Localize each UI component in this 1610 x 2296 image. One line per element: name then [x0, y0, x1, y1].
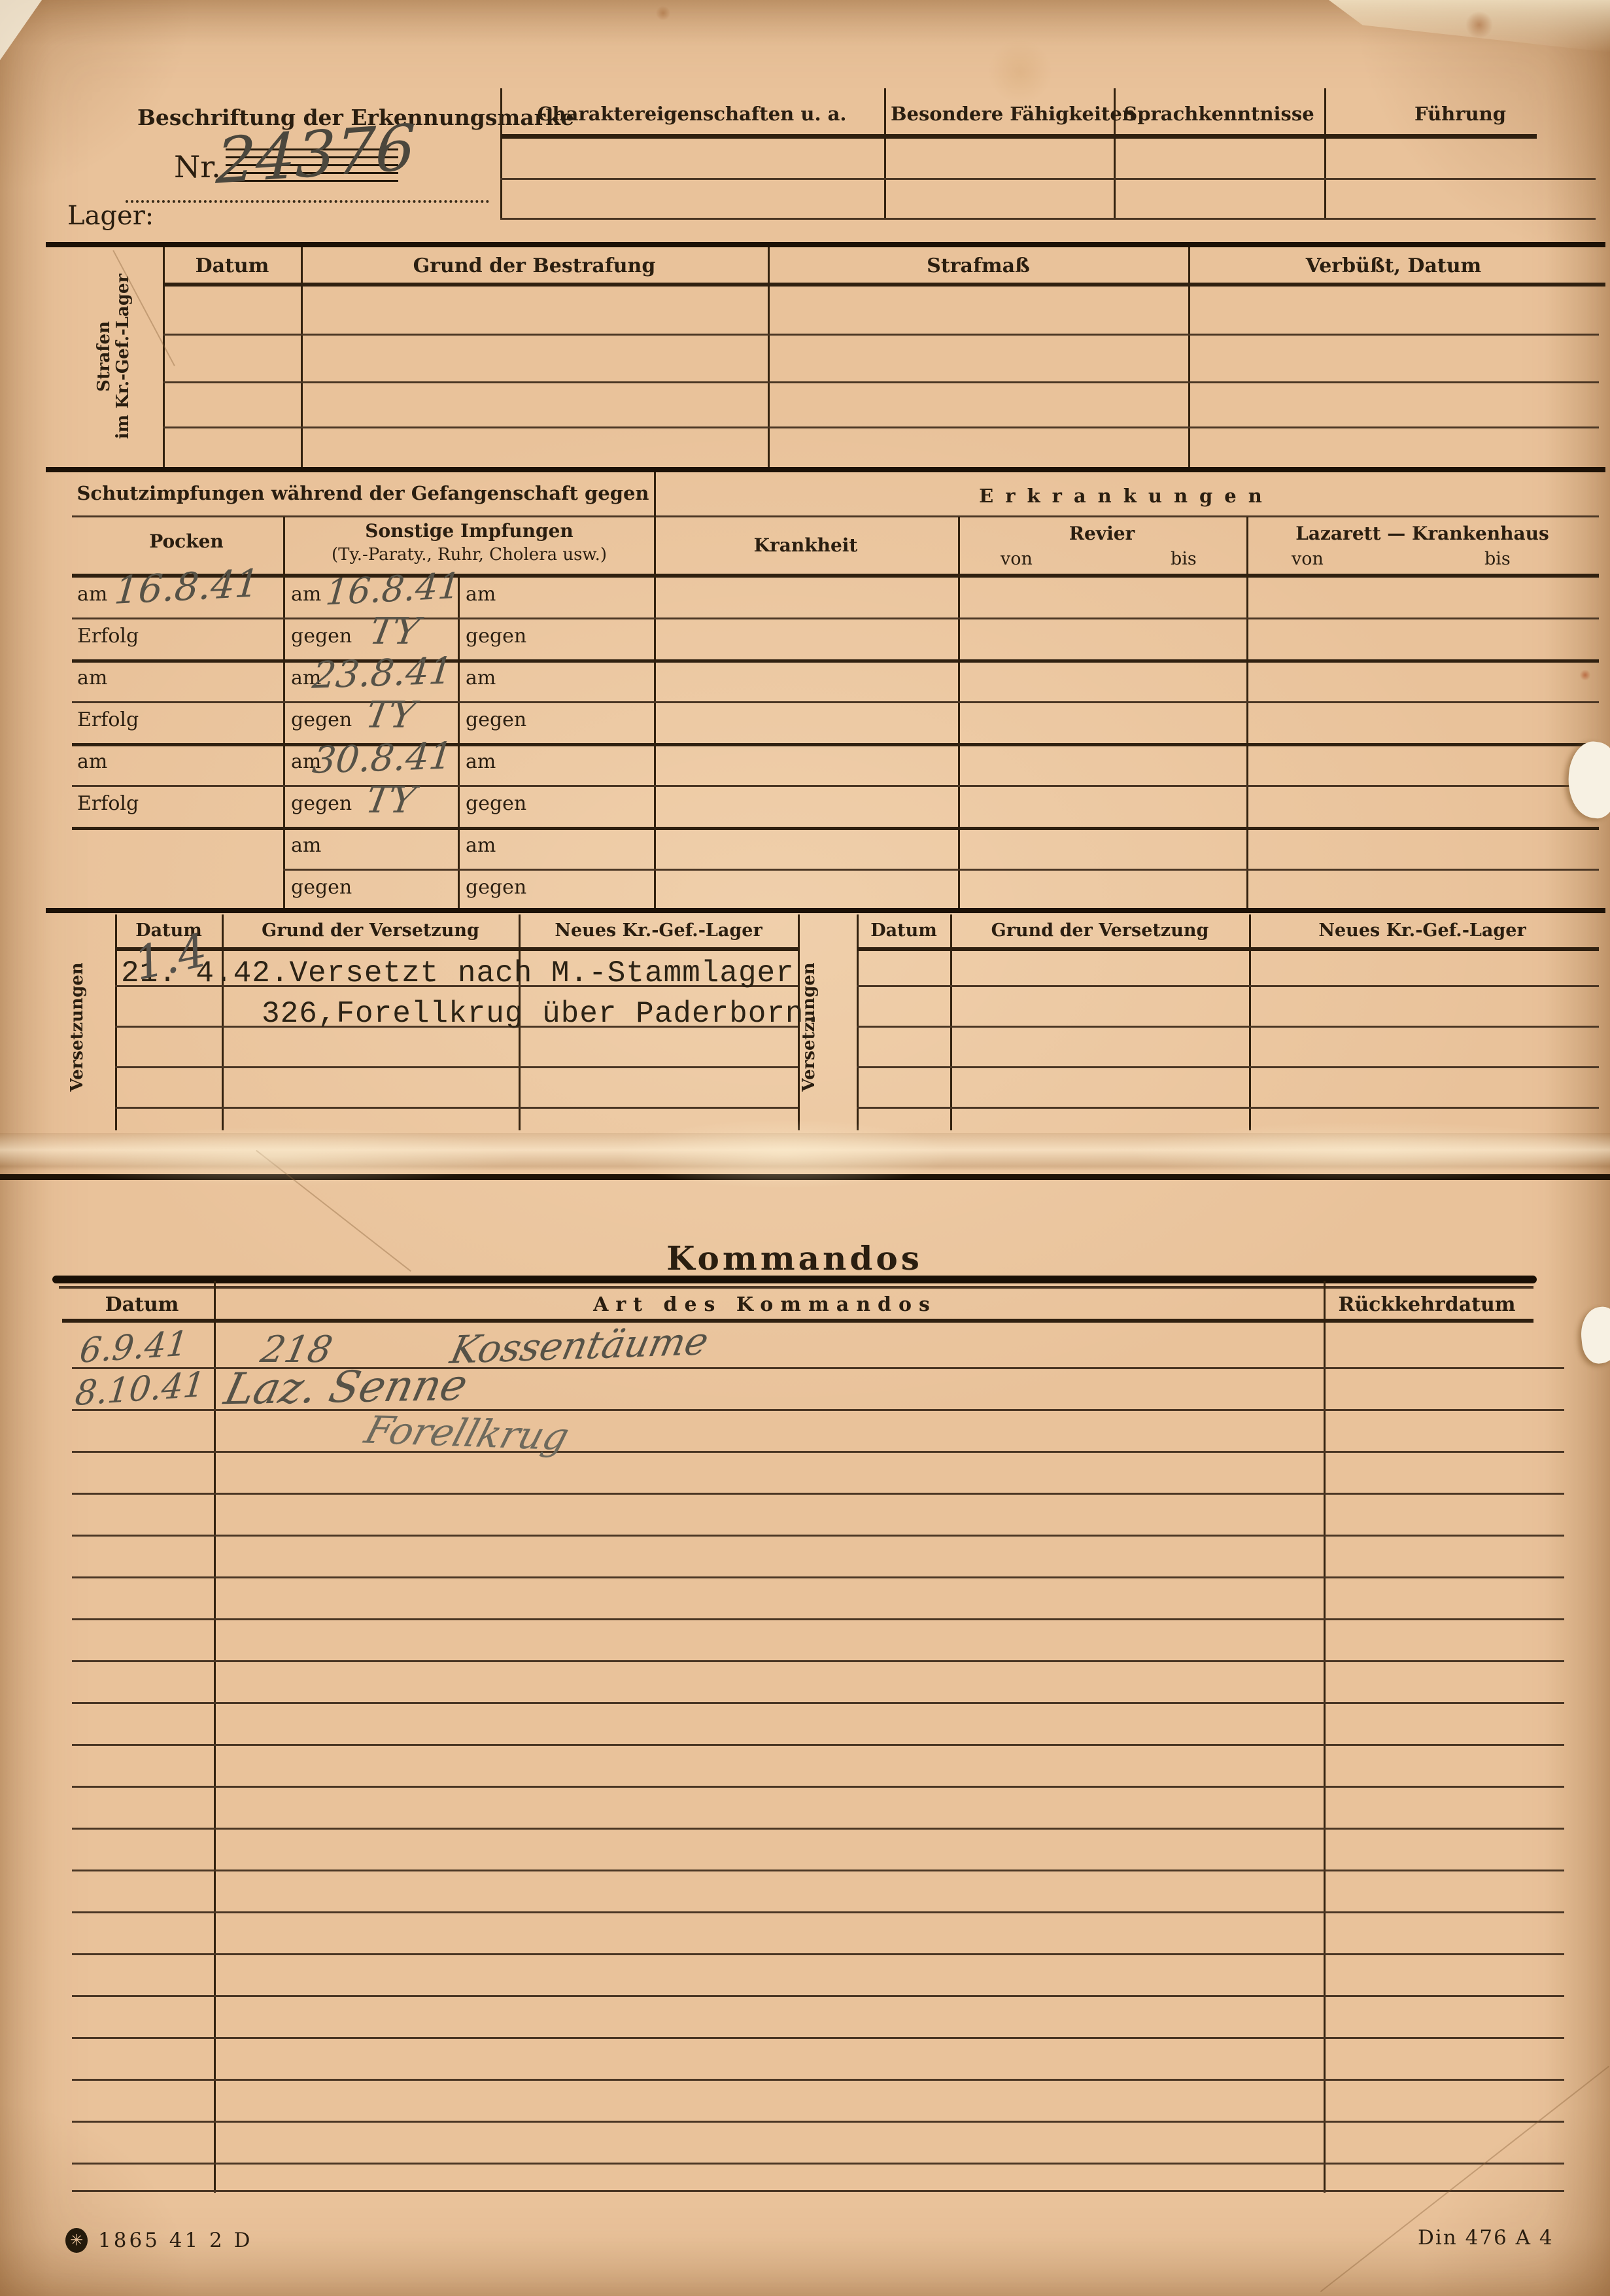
- fold-crease: [0, 1133, 1610, 1171]
- torn-corner: [0, 0, 42, 60]
- transfer-date-handwritten-correction: 1.4: [130, 927, 211, 987]
- lazarett-bis-label: bis: [1484, 549, 1511, 569]
- divider-line: [72, 2121, 1564, 2123]
- divider-line: [500, 178, 1596, 180]
- torn-edge-notch: [1579, 1305, 1610, 1365]
- sonstige-gegen-handwritten: TY: [363, 782, 418, 819]
- impfungen-col-sonstige: Sonstige Impfungen: [288, 521, 651, 541]
- divider-line: [1324, 88, 1326, 219]
- divider-line: [857, 1107, 1599, 1109]
- versetzungen-col-neues: Neues Kr.-Gef.-Lager: [522, 921, 795, 941]
- strafen-col-grund: Grund der Bestrafung: [305, 255, 763, 277]
- divider-line: [72, 659, 1599, 663]
- sonstige2-gegen-label: gegen: [466, 709, 526, 731]
- divider-line: [72, 2163, 1564, 2165]
- pocken-erfolg-label: Erfolg: [77, 625, 139, 648]
- divider-line: [163, 334, 1599, 336]
- traits-col-character: Charaktereigenschaften u. a.: [509, 103, 875, 124]
- divider-line: [72, 1451, 1564, 1453]
- divider-line: [72, 1953, 1564, 1955]
- strafen-side-label-line1: Strafen: [94, 321, 114, 392]
- divider-line: [857, 1066, 1599, 1068]
- divider-line: [654, 472, 656, 908]
- kommandos-col-art: Art des Kommandos: [504, 1294, 1027, 1316]
- kommandos-title: Kommandos: [598, 1240, 991, 1277]
- sonstige2-gegen-label: gegen: [466, 877, 526, 899]
- divider-line: [72, 1618, 1564, 1620]
- divider-line: [857, 947, 1599, 951]
- strafen-col-strafmass: Strafmaß: [815, 255, 1142, 277]
- divider-line: [768, 247, 770, 467]
- transfer-entry-line1-typed: 21. 4.42.Versetzt nach M.-Stammlager: [121, 956, 795, 990]
- divider-line: [458, 576, 460, 908]
- erkrankungen-col-krankheit: Krankheit: [659, 535, 953, 555]
- torn-corner: [1329, 0, 1610, 52]
- divider-line: [958, 517, 960, 908]
- pocken-am-label: am: [77, 751, 107, 773]
- sonstige-date-handwritten: 30.8.41: [311, 738, 454, 780]
- divider-line: [72, 574, 1599, 578]
- kommando-row2-datum-handwritten: 8.10.41: [73, 1368, 207, 1411]
- divider-line: [72, 1535, 1564, 1537]
- divider-line: [62, 1319, 1533, 1323]
- sonstige-gegen-handwritten: TY: [363, 697, 418, 734]
- pocken-erfolg-label: Erfolg: [77, 793, 139, 815]
- divider-line: [72, 2079, 1564, 2081]
- sonstige-gegen-handwritten: TY: [367, 614, 422, 650]
- sonstige-gegen-label: gegen: [291, 877, 352, 899]
- lager-label: Lager:: [67, 201, 154, 231]
- versetzungen-col-grund: Grund der Versetzung: [238, 921, 503, 941]
- divider-line: [72, 2037, 1564, 2039]
- divider-line: [72, 1493, 1564, 1495]
- kommando-row3-text-handwritten: Forellkrug: [361, 1411, 574, 1455]
- section-divider: [46, 467, 1605, 472]
- divider-line: [283, 869, 1599, 871]
- scanned-pow-record-card: Beschriftung der Erkennungsmarke Nr. 243…: [0, 0, 1610, 2296]
- divider-line: [115, 947, 798, 951]
- divider-line: [115, 1107, 798, 1109]
- versetzungen-col-neues-right: Neues Kr.-Gef.-Lager: [1252, 921, 1592, 941]
- id-number-label: Nr.: [174, 150, 221, 184]
- divider-line: [72, 1995, 1564, 1997]
- id-number-handwritten: 24376: [215, 116, 417, 193]
- divider-line: [72, 743, 1599, 746]
- kommando-row1-text-handwritten: Kossentäume: [447, 1322, 712, 1369]
- divider-line: [72, 1660, 1564, 1662]
- divider-line: [72, 701, 1599, 703]
- pocken-erfolg-label: Erfolg: [77, 709, 139, 731]
- divider-line: [72, 1911, 1564, 1913]
- revier-bis-label: bis: [1171, 549, 1197, 569]
- erkrankungen-col-lazarett: Lazarett — Krankenhaus: [1252, 523, 1592, 544]
- divider-line: [163, 283, 1605, 287]
- erkrankungen-title: Erkrankungen: [654, 485, 1599, 506]
- kommandos-col-datum: Datum: [77, 1294, 207, 1316]
- divider-line: [72, 617, 1599, 619]
- divider-line: [72, 1576, 1564, 1578]
- sonstige2-gegen-label: gegen: [466, 793, 526, 815]
- sonstige2-am-label: am: [466, 667, 496, 689]
- section-divider: [46, 242, 1605, 247]
- versetzungen-col-grund-right: Grund der Versetzung: [953, 921, 1246, 941]
- kommandos-col-rueckkehr: Rückkehrdatum: [1329, 1294, 1525, 1316]
- divider-line: [857, 985, 1599, 987]
- divider-line: [500, 134, 1537, 139]
- pocken-date-handwritten: 16.8.41: [113, 564, 261, 610]
- divider-line: [283, 517, 285, 908]
- strafen-side-label: Strafen im Kr.-Gef.-Lager: [95, 249, 147, 464]
- footer-print-code: 1865 41 2 D: [98, 2229, 252, 2252]
- divider-line: [857, 1026, 1599, 1028]
- sonstige-date-handwritten: 16.8.41: [324, 568, 462, 610]
- sonstige2-am-label: am: [466, 835, 496, 857]
- footer-din-format: Din 476 A 4: [1418, 2227, 1554, 2250]
- impfungen-col-sonstige-sub: (Ty.-Paraty., Ruhr, Cholera usw.): [288, 546, 651, 565]
- page-half-divider: [0, 1174, 1610, 1180]
- sonstige-gegen-label: gegen: [291, 793, 352, 815]
- sonstige-am-label: am: [291, 583, 321, 606]
- divider-line: [500, 218, 1596, 220]
- strafen-col-datum: Datum: [167, 255, 298, 277]
- strafen-side-label-line2: im Kr.-Gef.-Lager: [113, 274, 133, 440]
- torn-edge-notch: [1563, 739, 1610, 821]
- divider-line: [163, 247, 165, 467]
- versetzungen-side-label-left: Versetzungen: [68, 929, 120, 1125]
- divider-line: [72, 785, 1599, 787]
- divider-line: [72, 2190, 1564, 2192]
- pocken-am-label: am: [77, 667, 107, 689]
- divider-line: [72, 1702, 1564, 1704]
- section-divider: [46, 908, 1605, 913]
- divider-line: [72, 1786, 1564, 1788]
- lazarett-von-label: von: [1292, 549, 1324, 569]
- revier-von-label: von: [1001, 549, 1033, 569]
- divider-line: [884, 88, 886, 219]
- divider-line: [500, 88, 502, 219]
- sonstige2-am-label: am: [466, 583, 496, 606]
- transfer-entry-line2-typed: 326,Forellkrug über Paderborn.: [262, 997, 823, 1031]
- kommando-row2-text-handwritten: Laz. Senne: [220, 1364, 471, 1412]
- sonstige2-am-label: am: [466, 751, 496, 773]
- sonstige-gegen-label: gegen: [291, 625, 352, 648]
- pocken-am-label: am: [77, 583, 107, 606]
- divider-line: [163, 381, 1599, 383]
- divider-line: [301, 247, 303, 467]
- divider-line: [1188, 247, 1190, 467]
- traits-col-conduct: Führung: [1336, 103, 1584, 124]
- versetzungen-col-datum-right: Datum: [858, 921, 950, 941]
- divider-line: [1246, 517, 1248, 908]
- erkrankungen-col-revier: Revier: [955, 523, 1249, 544]
- crease-line: [1320, 2066, 1610, 2292]
- impfungen-title: Schutzimpfungen während der Gefangenscha…: [72, 483, 654, 504]
- impfungen-col-pocken: Pocken: [88, 531, 284, 551]
- traits-col-abilities: Besondere Fähigkeiten: [891, 103, 1106, 124]
- sonstige2-gegen-label: gegen: [466, 625, 526, 648]
- eagle-stamp-icon: [65, 2228, 88, 2253]
- divider-line: [72, 515, 1599, 517]
- sonstige-gegen-label: gegen: [291, 709, 352, 731]
- divider-line: [214, 1281, 216, 2193]
- divider-line: [1324, 1281, 1326, 2193]
- divider-line: [72, 1744, 1564, 1746]
- divider-line: [115, 1066, 798, 1068]
- divider-line: [163, 426, 1599, 428]
- divider-line: [59, 1286, 1533, 1289]
- lager-dotted-line: [126, 200, 489, 203]
- divider-line: [72, 1828, 1564, 1830]
- divider-line: [72, 827, 1599, 830]
- strafen-col-verbuesst: Verbüßt, Datum: [1230, 255, 1557, 277]
- divider-line: [72, 1870, 1564, 1871]
- divider-line: [52, 1276, 1537, 1283]
- sonstige-date-handwritten: 23.8.41: [311, 653, 454, 695]
- traits-col-languages: Sprachkenntnisse: [1120, 103, 1318, 124]
- sonstige-am-label: am: [291, 835, 321, 857]
- kommando-row1-datum-handwritten: 6.9.41: [78, 1327, 190, 1368]
